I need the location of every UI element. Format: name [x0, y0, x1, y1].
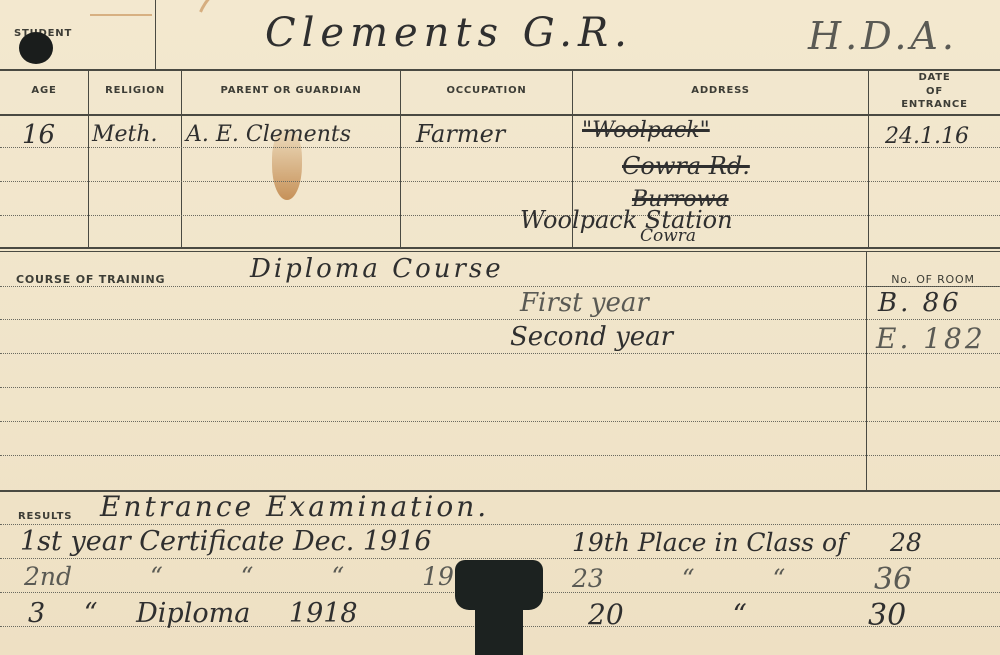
training-dotted-rule — [0, 286, 1000, 287]
result-line-entrance: Entrance Examination. — [100, 490, 489, 523]
header-address: ADDRESS — [573, 85, 868, 96]
result-line-3-class-size: 30 — [868, 598, 906, 633]
room-label: No. OF ROOM — [866, 273, 1000, 286]
rust-stain-streak — [90, 14, 152, 16]
value-religion: Meth. — [92, 122, 158, 147]
rule-table-bottom — [0, 247, 1000, 249]
col-divider-2 — [181, 69, 182, 247]
rule-header-top — [0, 69, 1000, 71]
header-date-line3: ENTRANCE — [869, 99, 1000, 110]
table-dotted-rule — [0, 215, 1000, 216]
year-first: First year — [520, 288, 649, 318]
training-dotted-rule — [0, 421, 1000, 422]
course-of-training-label: COURSE OF TRAINING — [16, 273, 165, 286]
student-record-card: STUDENT Clements G.R. H.D.A. AGE RELIGIO… — [0, 0, 1000, 655]
header-date-line1: DATE — [869, 72, 1000, 83]
rule-header-bottom — [0, 114, 1000, 116]
address-struck-1: "Woolpack" — [582, 118, 710, 143]
result-line-3-text: 3 “ Diploma 1918 — [28, 598, 358, 629]
result-line-1-place: 19th Place in Class of — [572, 528, 846, 557]
address-current-1: Woolpack Station — [520, 206, 733, 234]
results-dotted-rule — [0, 524, 1000, 525]
col-divider-1 — [88, 69, 89, 247]
result-line-3-place: 20 “ — [588, 598, 747, 631]
training-dotted-rule — [0, 455, 1000, 456]
col-divider-5 — [868, 69, 869, 247]
result-line-2-text: 2nd “ “ “ 1917 — [24, 562, 486, 591]
training-dotted-rule — [0, 353, 1000, 354]
header-age: AGE — [0, 85, 88, 96]
room-second: E. 182 — [876, 322, 986, 355]
header-religion: RELIGION — [89, 85, 181, 96]
room-first: B. 86 — [878, 288, 962, 318]
col-divider-3 — [400, 69, 401, 247]
year-second: Second year — [510, 322, 673, 352]
divider-student — [155, 0, 156, 69]
value-parent: A. E. Clements — [186, 122, 351, 147]
training-dotted-rule — [0, 319, 1000, 320]
results-dotted-rule — [0, 558, 1000, 559]
student-name: Clements G.R. — [265, 10, 633, 56]
result-line-2-place: 23 “ “ — [572, 564, 785, 593]
value-date-of-entrance: 24.1.16 — [885, 124, 969, 149]
result-line-1-class-size: 28 — [890, 528, 922, 557]
course-value: Diploma Course — [250, 254, 504, 284]
index-tab-notch-stem — [475, 600, 523, 655]
table-dotted-rule — [0, 181, 1000, 182]
result-line-1-text: 1st year Certificate Dec. 1916 — [20, 526, 432, 557]
course-code: H.D.A. — [808, 14, 958, 58]
training-dotted-rule — [0, 387, 1000, 388]
header-date-line2: OF — [869, 86, 1000, 97]
header-occupation: OCCUPATION — [401, 85, 572, 96]
value-occupation: Farmer — [416, 120, 505, 148]
results-label: RESULTS — [18, 511, 72, 522]
result-line-2-class-size: 36 — [874, 562, 912, 597]
header-parent: PARENT OR GUARDIAN — [182, 85, 400, 96]
address-current-2: Cowra — [640, 226, 696, 246]
value-age: 16 — [22, 120, 55, 150]
address-struck-2: Cowra Rd. — [622, 152, 750, 180]
rule-table-bottom-double — [0, 251, 1000, 252]
punch-hole — [19, 32, 53, 64]
